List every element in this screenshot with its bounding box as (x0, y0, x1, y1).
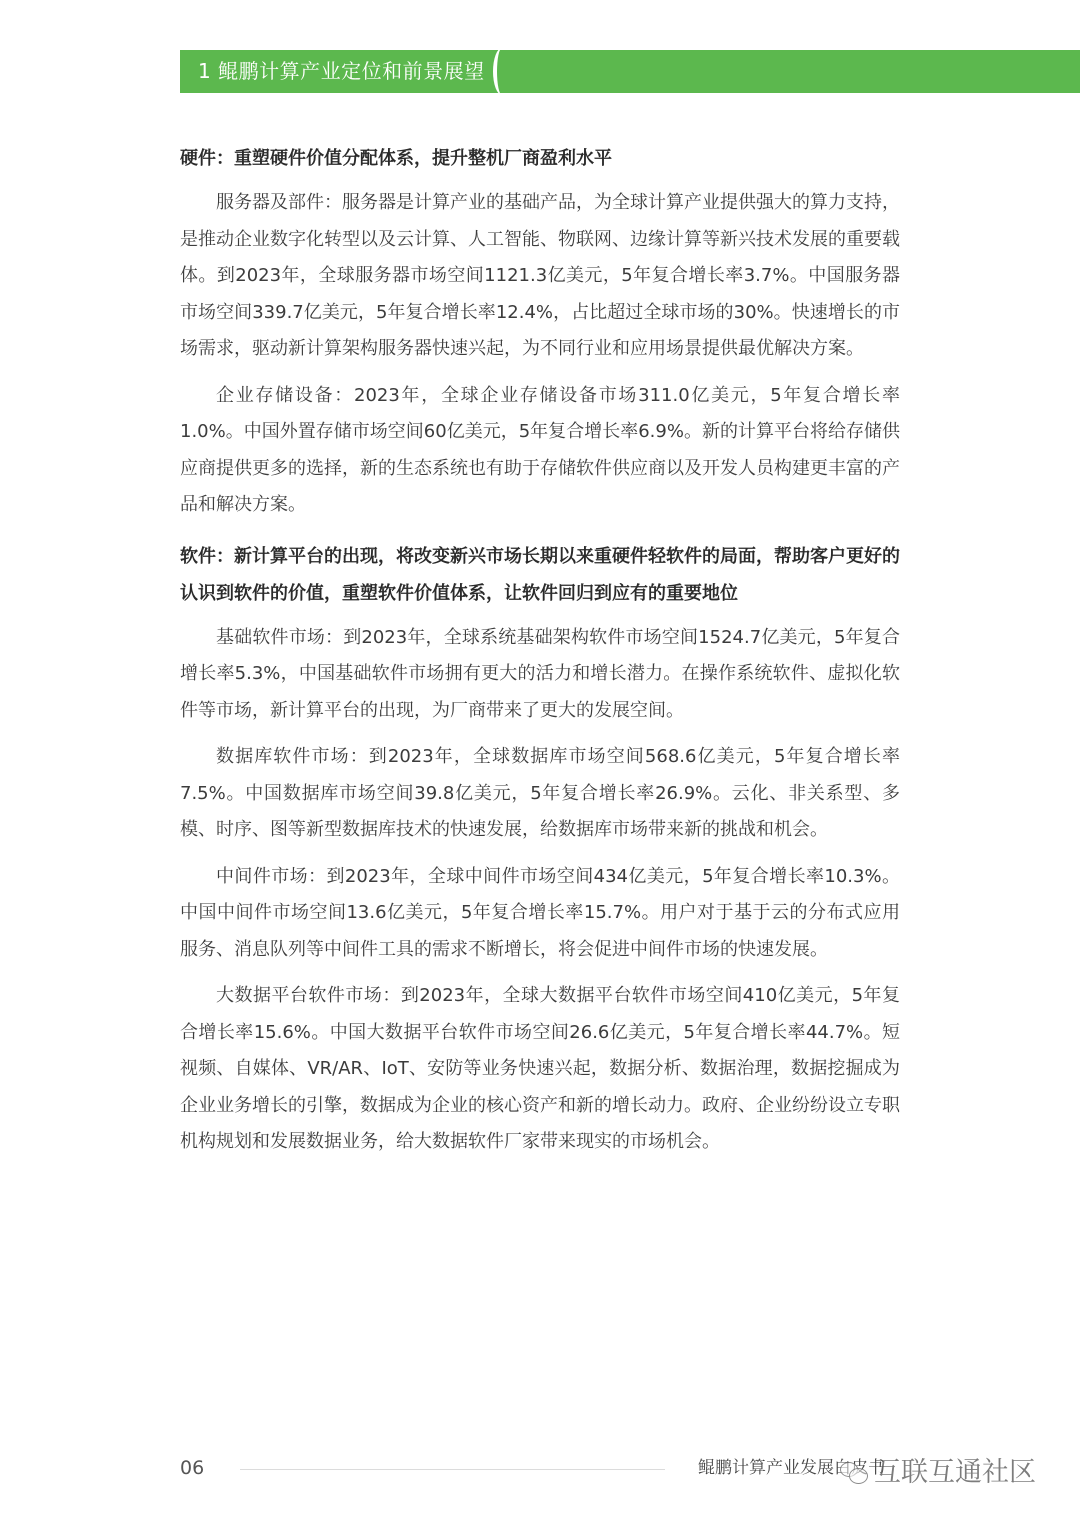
chapter-header-bar: 1 鲲鹏计算产业定位和前景展望 (180, 50, 1080, 93)
document-body: 硬件：重塑硬件价值分配体系，提升整机厂商盈利水平 服务器及部件：服务器是计算产业… (180, 140, 900, 1171)
section-heading-software: 软件：新计算平台的出现，将改变新兴市场长期以来重硬件轻软件的局面，帮助客户更好的… (180, 538, 900, 612)
paragraph-big-data: 大数据平台软件市场：到2023年，全球大数据平台软件市场空间410亿美元，5年复… (180, 978, 900, 1161)
header-divider-curve (493, 48, 511, 95)
footer-divider (240, 1469, 665, 1470)
paragraph-basic-software: 基础软件市场：到2023年，全球系统基础架构软件市场空间1524.7亿美元，5年… (180, 620, 900, 730)
page-number: 06 (180, 1452, 204, 1484)
paragraph-servers: 服务器及部件：服务器是计算产业的基础产品，为全球计算产业提供强大的算力支持，是推… (180, 185, 900, 368)
watermark: 互联互通社区 (840, 1456, 1036, 1490)
paragraph-database: 数据库软件市场：到2023年，全球数据库市场空间568.6亿美元，5年复合增长率… (180, 739, 900, 849)
chapter-title: 1 鲲鹏计算产业定位和前景展望 (198, 50, 485, 93)
wechat-icon (840, 1462, 868, 1484)
watermark-text: 互联互通社区 (874, 1456, 1036, 1490)
section-heading-hardware: 硬件：重塑硬件价值分配体系，提升整机厂商盈利水平 (180, 140, 900, 177)
paragraph-storage: 企业存储设备：2023年，全球企业存储设备市场311.0亿美元，5年复合增长率1… (180, 378, 900, 524)
paragraph-middleware: 中间件市场：到2023年，全球中间件市场空间434亿美元，5年复合增长率10.3… (180, 859, 900, 969)
page-footer: 06 鲲鹏计算产业发展白皮书 互联互通社区 (180, 1452, 1080, 1492)
